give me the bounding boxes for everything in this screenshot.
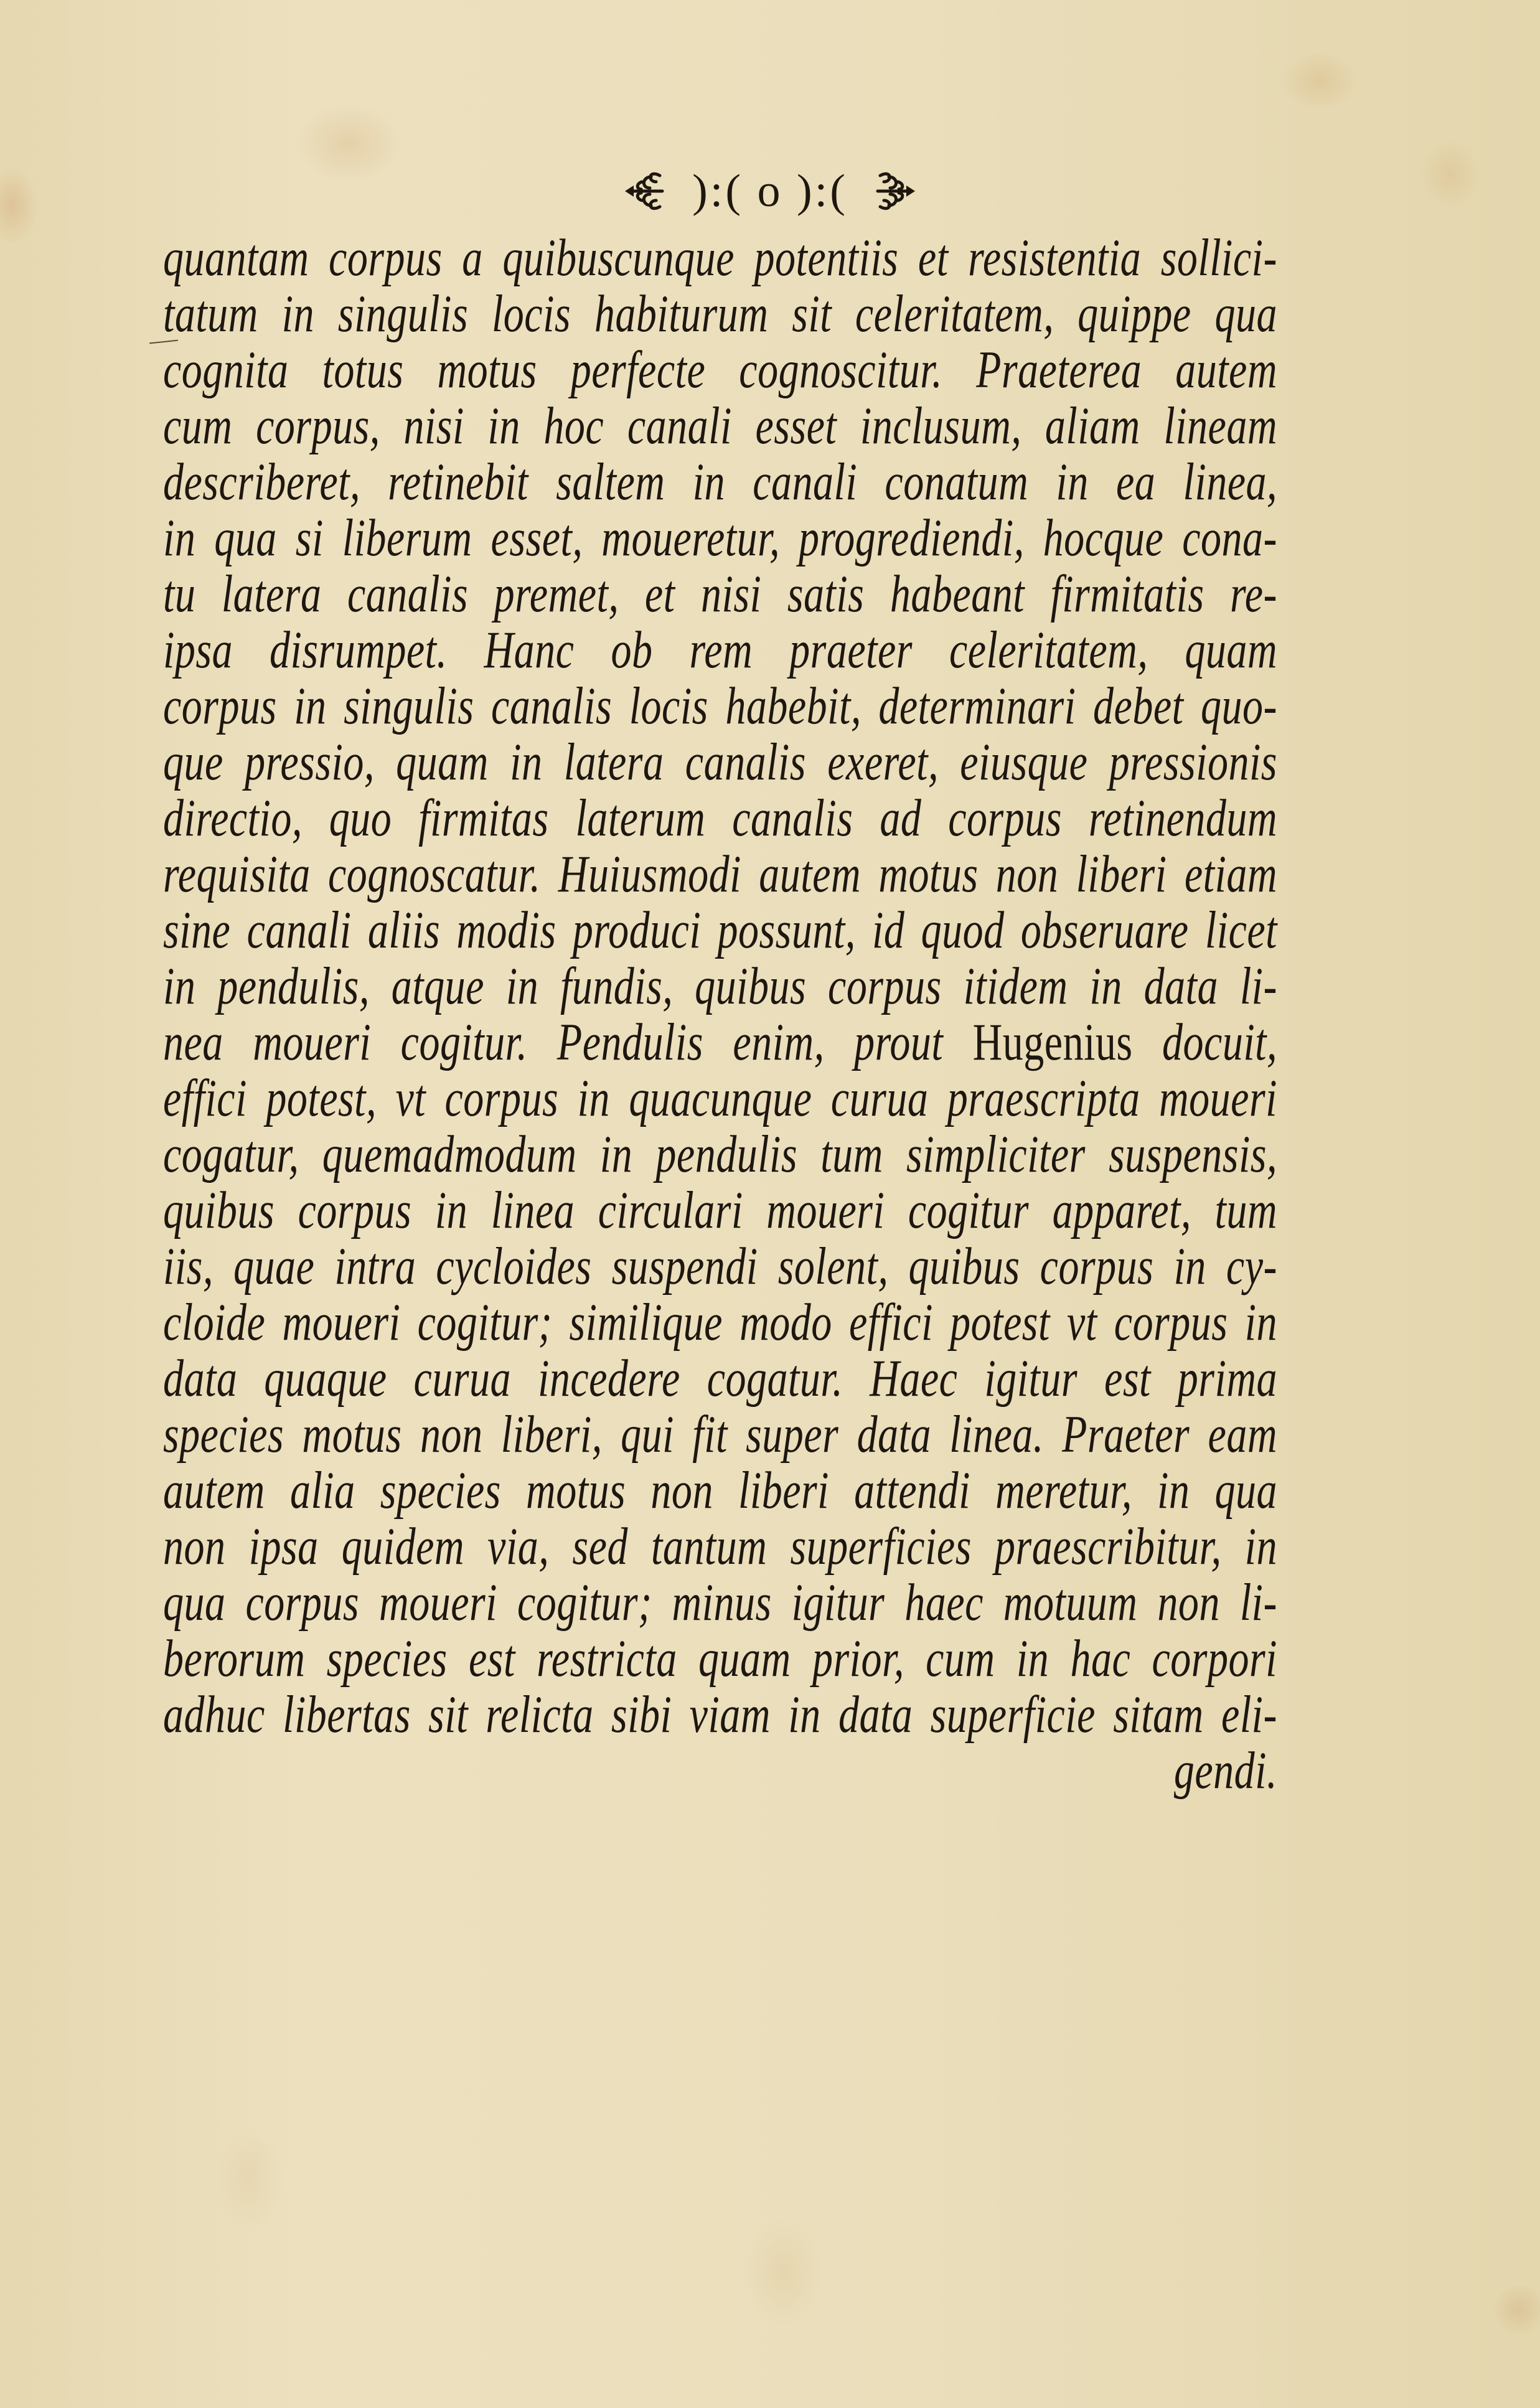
floral-fleuron-icon (873, 163, 916, 219)
floral-fleuron-icon (624, 163, 667, 219)
page-header: ):( o ):( (0, 163, 1540, 219)
page-signature-mark: ):( o ):( (692, 168, 848, 214)
scanned-book-page: ):( o ):( quantam corpus a quibuscunque … (0, 0, 1540, 2408)
body-paragraph: quantam corpus a quibuscunque potentiis … (163, 230, 1277, 1799)
catchword-line: gendi. (163, 1735, 1277, 1807)
